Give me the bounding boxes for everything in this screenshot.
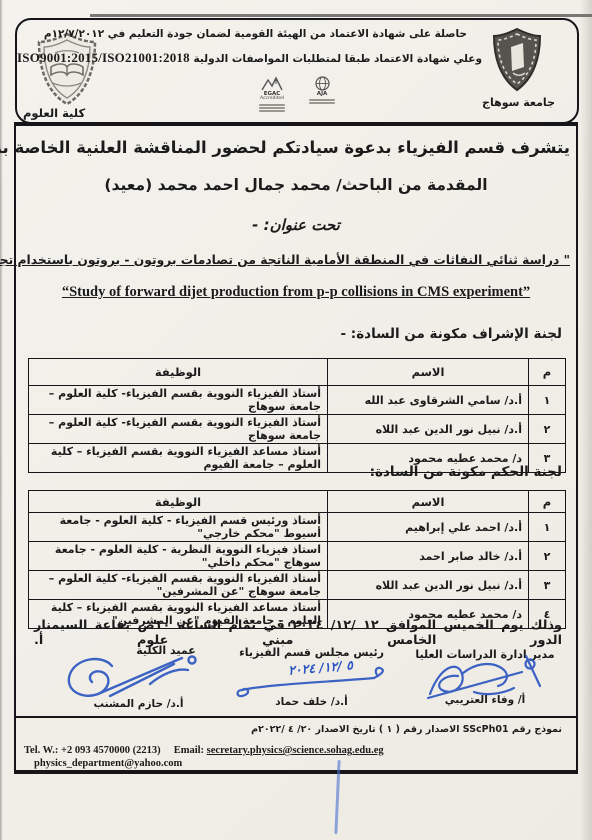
member-position-cell: أستاذ ورئيس قسم الفيزياء - كلية العلوم -… [29, 513, 328, 542]
column-header-number: م [529, 359, 566, 386]
row-number-cell: ٢ [529, 542, 566, 571]
member-position-cell: أستاذ الفيزياء النووية بقسم الفيزياء- كل… [29, 415, 328, 444]
supervision-committee-heading: لجنة الإشراف مكونة من السادة: - [341, 326, 563, 342]
member-name-cell: أ.د/ نبيل نور الدين عبد اللاه [328, 571, 529, 600]
aja-certificate-lines [309, 99, 335, 104]
invitation-line-1: يتشرف قسم الفيزياء بدعوة سيادتكم لحضور ا… [22, 138, 570, 157]
signatory-name: أ.د/ خلف حماد [224, 696, 399, 708]
table-row: ١ أ.د/ سامي الشرقاوى عبد الله أستاذ الفي… [29, 386, 566, 415]
footer-divider-line [16, 716, 576, 718]
aja-logo-icon: AJA [302, 76, 342, 112]
member-name-cell: أ.د/ سامي الشرقاوى عبد الله [328, 386, 529, 415]
aja-label: AJA [317, 91, 328, 97]
column-header-position: الوظيفة [29, 359, 328, 386]
column-header-position: الوظيفة [29, 491, 328, 513]
table-header-row: م الاسم الوظيفة [29, 359, 566, 386]
member-position-cell: استاذ فيزياء النووية النظرية - كلية العل… [29, 542, 328, 571]
email-label: Email: [174, 745, 204, 756]
egac-logo-icon: EGAC Accredited [252, 76, 292, 112]
email-primary: secretary.physics@science.sohag.edu.eg [207, 745, 384, 756]
row-number-cell: ٢ [529, 415, 566, 444]
signatory-title: مدير ادارة الدراسات العليا [400, 648, 570, 661]
scan-edge-artifact-right [580, 0, 592, 840]
scan-edge-artifact-left [0, 0, 3, 840]
thesis-title-english: “Study of forward dijet production from … [22, 284, 570, 301]
examination-committee-heading: لجنة الحكم مكونة من السادة: [370, 464, 562, 480]
member-position-cell: أستاذ الفيزياء النووية بقسم الفيزياء- كل… [29, 386, 328, 415]
signatory-name: أ.د/ حازم المشنب [46, 698, 231, 710]
signature-block-dean: عميد الكلية أ.د/ حازم المشنب [46, 644, 231, 657]
accreditation-line-1: حاصلة على شهادة الاعتماد من الهيئة القوم… [127, 28, 467, 40]
accreditation-line-2: وعلي شهادة الاعتماد طبقا لمتطلبات المواص… [112, 50, 482, 66]
under-title-label: تحت عنوان: - [22, 216, 570, 234]
column-header-name: الاسم [328, 359, 529, 386]
table-row: ٢ أ.د/ خالد صابر احمد استاذ فيزياء النوو… [29, 542, 566, 571]
researcher-line: المقدمة من الباحث/ محمد جمال احمد محمد (… [22, 176, 570, 194]
form-number-line: نموذج رقم SScPh01 الاصدار رقم ( ١ ) تاري… [251, 724, 562, 735]
egac-sublabel: Accredited [260, 97, 284, 102]
column-header-number: م [529, 491, 566, 513]
supervision-committee-table: م الاسم الوظيفة ١ أ.د/ سامي الشرقاوى عبد… [28, 358, 566, 473]
signatory-title: عميد الكلية [46, 644, 231, 657]
scan-edge-artifact-top [90, 14, 592, 17]
accreditation-line-2-text: وعلي شهادة الاعتماد طبقا لمتطلبات المواص… [193, 53, 482, 65]
egac-certificate-lines [259, 104, 285, 112]
signatory-name: أ/ وفاء العتريبي [400, 694, 570, 706]
member-position-cell: أستاذ الفيزياء النووية بقسم الفيزياء- كل… [29, 571, 328, 600]
thesis-title-arabic: " دراسة ثنائي النفاثات في المنطقة الأمام… [22, 253, 570, 267]
email-secondary: physics_department@yahoo.com [34, 757, 384, 770]
table-header-row: م الاسم الوظيفة [29, 491, 566, 513]
document-body-box: يتشرف قسم الفيزياء بدعوة سيادتكم لحضور ا… [14, 122, 578, 774]
member-name-cell: أ.د/ احمد علي إبراهيم [328, 513, 529, 542]
table-row: ٢ أ.د/ نبيل نور الدين عبد اللاه أستاذ ال… [29, 415, 566, 444]
signature-block-department-head: رئيس مجلس قسم الفيزياء ٥ /١٢/ ٢٠٢٤ أ.د/ … [224, 646, 399, 659]
member-name-cell: أ.د/ خالد صابر احمد [328, 542, 529, 571]
row-number-cell: ١ [529, 513, 566, 542]
telephone-value: Tel. W.: +2 093 4570000 (2213) [24, 745, 161, 756]
member-position-cell: أستاذ مساعد الفيزياء النووية بقسم الفيزي… [29, 444, 328, 473]
accreditation-logos-row: EGAC Accredited AJA [17, 76, 577, 112]
iso-codes: ISO9001:2015/ISO21001:2018 [17, 50, 190, 65]
telephone-line: Tel. W.: +2 093 4570000 (2213) Email: se… [24, 744, 384, 757]
column-header-name: الاسم [328, 491, 529, 513]
examination-committee-table: م الاسم الوظيفة ١ أ.د/ احمد علي إبراهيم … [28, 490, 566, 629]
signature-block-graduate-studies-director: مدير ادارة الدراسات العليا أ/ وفاء العتر… [400, 648, 570, 661]
contact-block: Tel. W.: +2 093 4570000 (2213) Email: se… [24, 744, 384, 770]
letterhead-box: كلية العلوم جامعة سوهاج حاصلة على شهادة … [15, 18, 579, 124]
row-number-cell: ١ [529, 386, 566, 415]
row-number-cell: ٣ [529, 571, 566, 600]
table-row: ١ أ.د/ احمد علي إبراهيم أستاذ ورئيس قسم … [29, 513, 566, 542]
table-row: ٣ أ.د/ نبيل نور الدين عبد اللاه أستاذ ال… [29, 571, 566, 600]
member-name-cell: أ.د/ نبيل نور الدين عبد اللاه [328, 415, 529, 444]
